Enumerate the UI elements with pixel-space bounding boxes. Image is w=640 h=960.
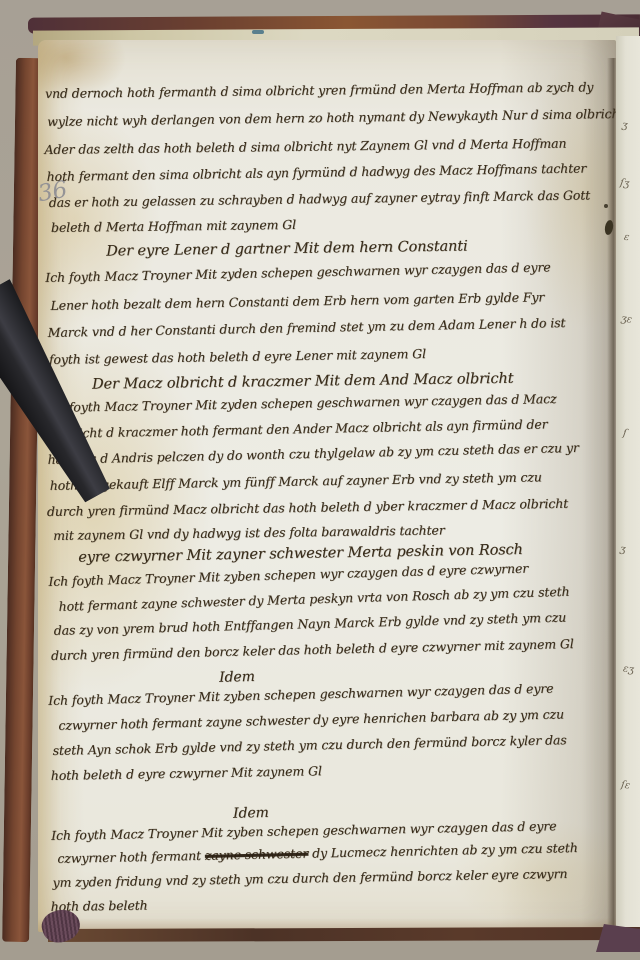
facing-page-text-fragment: ʒɛ — [620, 313, 632, 325]
manuscript-line: olbricht d kraczmer hoth fermant den And… — [53, 418, 547, 440]
manuscript-text-block: vnd dernoch hoth fermanth d sima olbrich… — [43, 82, 621, 926]
manuscript-line: wylze nicht wyh derlangen von dem hern z… — [47, 108, 624, 129]
facing-page-text-fragment: ʒ — [619, 544, 626, 556]
idem-mark: Idem — [219, 670, 255, 685]
manuscript-line: foyth ist gewest das hoth beleth d eyre … — [49, 348, 426, 366]
manuscript-line: Ader das zelth das hoth beleth d sima ol… — [44, 138, 566, 157]
struck-through-words: zayne schwester — [205, 846, 309, 863]
manuscript-line: Ich foyth Macz Troyner Mit zyben schepen… — [51, 820, 556, 842]
manuscript-line: hoth beleth d eyre czwyrner Mit zaynem G… — [51, 765, 322, 782]
facing-page-edge: ʒ ſʒ ɛ ʒɛ ſ ʒ ɛʒ ſɛ — [616, 36, 640, 932]
manuscript-line: das zy von yrem brud hoth Entffangen Nay… — [54, 612, 567, 638]
entry-heading: Der eyre Lener d gartner Mit dem hern Co… — [106, 240, 468, 260]
manuscript-line: Ich foyth Macz Troyner Mit zyben schepen… — [48, 563, 528, 589]
manuscript-page-photo: 36 vnd dernoch hoth fermanth d sima olbr… — [0, 0, 640, 960]
idem-mark: Idem — [233, 806, 269, 821]
facing-page-text-fragment: ʒ — [621, 120, 628, 132]
manuscript-line: Lener hoth bezalt dem hern Constanti dem… — [50, 291, 544, 312]
facing-page-text-fragment: ſɛ — [620, 779, 631, 791]
line-segment: dy Lucmecz henrichten ab zy ym czu steth — [308, 840, 578, 861]
manuscript-line: hadwyg d Andris pelczen dy do wonth czu … — [47, 442, 578, 467]
manuscript-line: durch yren firmünd den borcz keler das h… — [51, 638, 574, 662]
manuscript-line: Ich foyth Macz Troyner Mit zyden schepen… — [45, 261, 550, 284]
facing-page-text-fragment: ɛ — [623, 232, 630, 244]
blue-paper-speck — [252, 30, 264, 34]
book-bottom-edge — [48, 927, 640, 942]
facing-page-text-fragment: ſ — [622, 428, 627, 439]
manuscript-line: durch yren firmünd Macz olbricht das hot… — [47, 498, 568, 519]
facing-page-text-fragment: ɛʒ — [622, 663, 634, 675]
manuscript-line: Marck vnd d her Constanti durch den frem… — [48, 317, 566, 339]
facing-page-text-fragment: ſʒ — [619, 177, 630, 189]
ink-dot — [604, 204, 608, 208]
manuscript-line: hoth fermant den sima olbricht als ayn f… — [47, 163, 587, 184]
manuscript-line: ym zyden fridung vnd zy steth ym czu dur… — [52, 868, 567, 889]
manuscript-line: mit zaynem Gl vnd dy hadwyg ist des folt… — [53, 524, 445, 542]
entry-heading: Der Macz olbricht d kraczmer Mit dem And… — [92, 372, 514, 392]
manuscript-line: hott fermant zayne schwester dy Merta pe… — [58, 586, 569, 614]
manuscript-line-with-strikethrough: czwyrner hoth fermant zayne schwester dy… — [57, 842, 578, 865]
manuscript-line: Ich foyth Macz Troyner Mit zyben schepen… — [48, 683, 553, 708]
manuscript-line: Ich foyth Macz Troyner Mit zyden schepen… — [45, 393, 556, 414]
manuscript-page: 36 vnd dernoch hoth fermanth d sima olbr… — [38, 40, 616, 932]
manuscript-line: das er hoth zu gelassen zu schrayben d h… — [49, 189, 590, 209]
manuscript-line: vnd dernoch hoth fermanth d sima olbrich… — [45, 81, 593, 100]
manuscript-line: hoth ab gekauft Elff Marck ym fünff Marc… — [50, 471, 542, 492]
manuscript-line: czwyrner hoth fermant zayne schwester dy… — [58, 708, 564, 732]
manuscript-line: beleth d Merta Hoffman mit zaynem Gl — [51, 219, 296, 234]
manuscript-line: steth Ayn schok Erb gylde vnd zy steth y… — [53, 734, 567, 757]
line-segment: czwyrner hoth fermant — [57, 848, 205, 866]
